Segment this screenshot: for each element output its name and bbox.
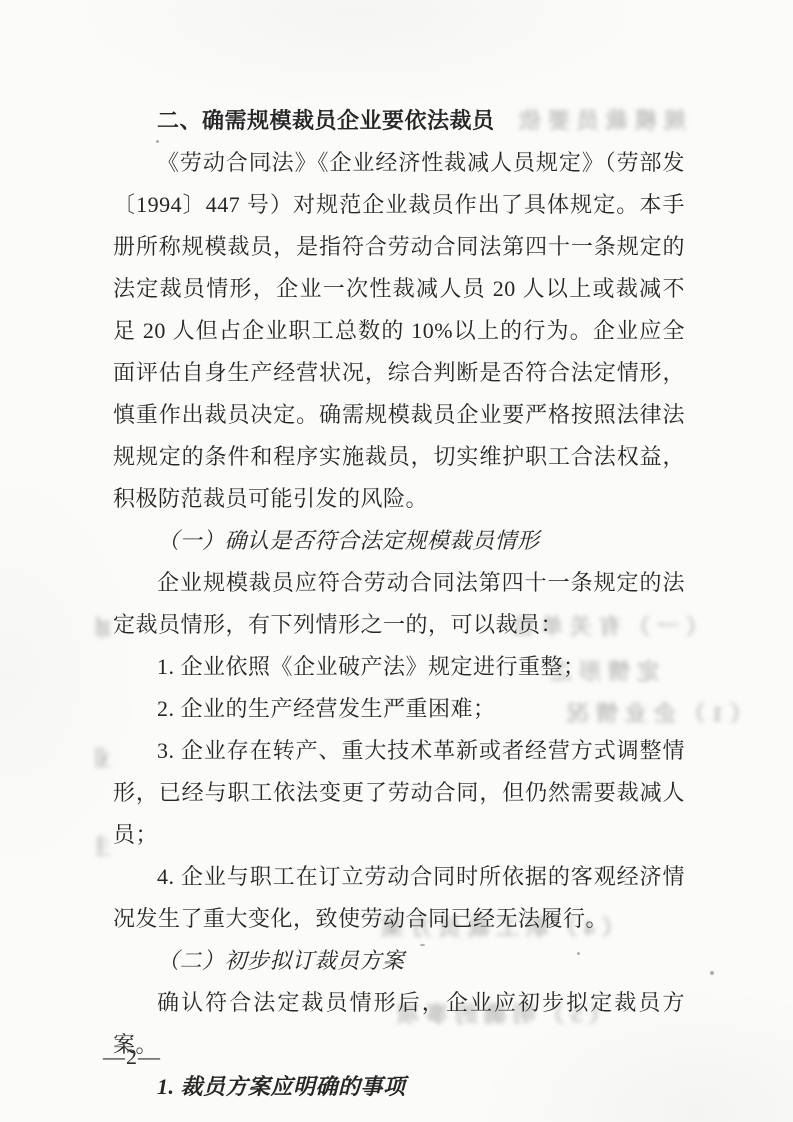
scan-speck — [710, 971, 714, 975]
page-number: —2— — [103, 1044, 161, 1070]
document-content: 二、确需规模裁员企业要依法裁员 《劳动合同法》《企业经济性裁减人员规定》（劳部发… — [113, 100, 685, 1108]
list-item-3: 3. 企业存在转产、重大技术革新或者经营方式调整情形，已经与职工依法变更了劳动合… — [113, 730, 685, 856]
bleed-through-artifact: 业 — [96, 742, 111, 773]
subsection-heading-2: （二）初步拟订裁员方案 — [113, 940, 685, 982]
list-item-2: 2. 企业的生产经营发生严重困难； — [113, 688, 685, 730]
bleed-through-artifact: 或 — [96, 612, 111, 643]
subsection-heading-1: （一）确认是否符合法定规模裁员情形 — [113, 520, 685, 562]
paragraph-intro: 《劳动合同法》《企业经济性裁减人员规定》（劳部发〔1994〕447 号）对规范企… — [113, 142, 685, 520]
scanned-document-page: 规模裁员要依 （一）有关单位 定情形之 （1）企业情况 （4）职工裁员方案 （5… — [0, 0, 793, 1122]
bleed-through-artifact: 主 — [96, 830, 111, 861]
list-item-1: 1. 企业依照《企业破产法》规定进行重整； — [113, 646, 685, 688]
list-item-4: 4. 企业与职工在订立劳动合同时所依据的客观经济情况发生了重大变化，致使劳动合同… — [113, 856, 685, 940]
paragraph-conditions: 企业规模裁员应符合劳动合同法第四十一条规定的法定裁员情形，有下列情形之一的，可以… — [113, 562, 685, 646]
section-heading: 二、确需规模裁员企业要依法裁员 — [113, 100, 685, 142]
sub-heading-plan-items: 1. 裁员方案应明确的事项 — [113, 1066, 685, 1108]
paragraph-plan: 确认符合法定裁员情形后，企业应初步拟定裁员方案。 — [113, 982, 685, 1066]
